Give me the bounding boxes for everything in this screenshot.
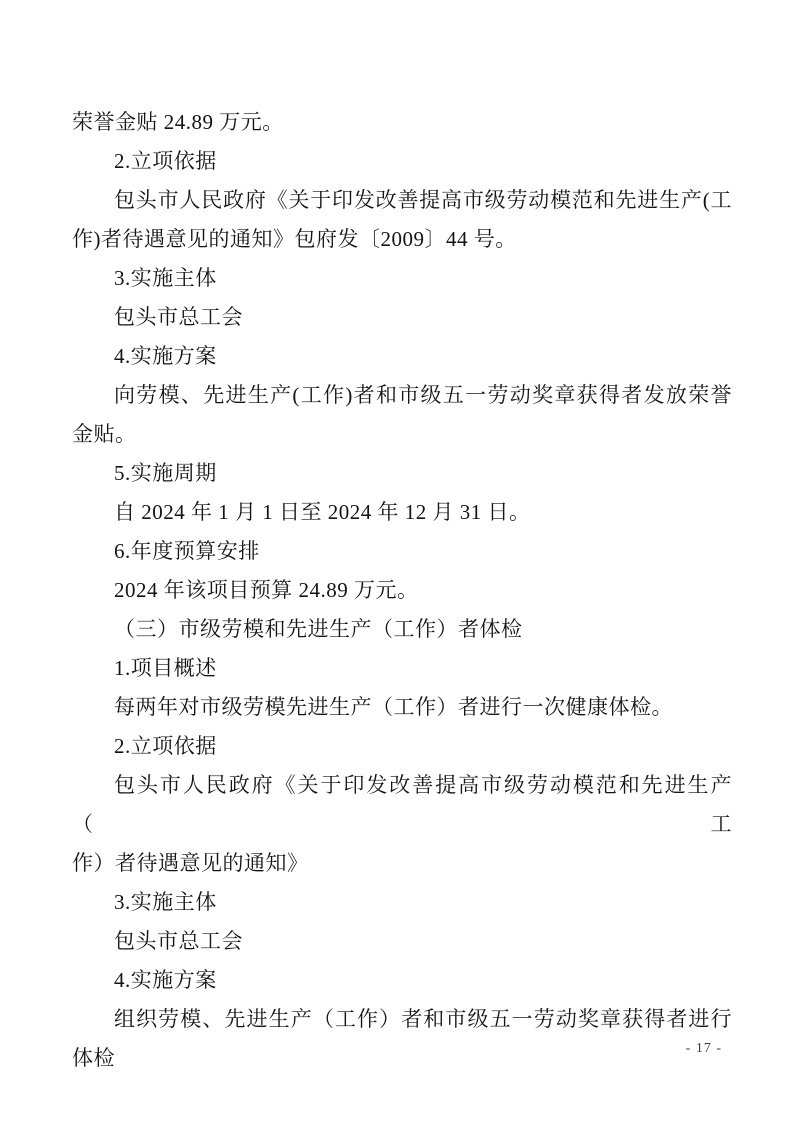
page-number: - 17 -: [686, 1041, 722, 1057]
text-line: 包头市人民政府《关于印发改善提高市级劳动模范和先进生产（工: [72, 766, 732, 844]
text-line: 金贴。: [72, 415, 732, 454]
text-line: 3.实施主体: [72, 883, 732, 922]
text-line: 4.实施方案: [72, 337, 732, 376]
text-line: 3.实施主体: [72, 259, 732, 298]
text-line: 1.项目概述: [72, 649, 732, 688]
text-line: 6.年度预算安排: [72, 532, 732, 571]
text-line: 包头市总工会: [72, 298, 732, 337]
text-line: 作)者待遇意见的通知》包府发〔2009〕44 号。: [72, 220, 732, 259]
text-line: 5.实施周期: [72, 454, 732, 493]
text-line: 包头市总工会: [72, 922, 732, 961]
text-line: 2.立项依据: [72, 727, 732, 766]
text-line: 作）者待遇意见的通知》: [72, 844, 732, 883]
text-line: 每两年对市级劳模先进生产（工作）者进行一次健康体检。: [72, 688, 732, 727]
text-line: 体检: [72, 1039, 732, 1078]
document-page: 荣誉金贴 24.89 万元。2.立项依据包头市人民政府《关于印发改善提高市级劳动…: [0, 0, 794, 1123]
text-line: 向劳模、先进生产(工作)者和市级五一劳动奖章获得者发放荣誉: [72, 376, 732, 415]
text-line: 4.实施方案: [72, 961, 732, 1000]
text-line: 2.立项依据: [72, 142, 732, 181]
text-line: 自 2024 年 1 月 1 日至 2024 年 12 月 31 日。: [72, 493, 732, 532]
text-line: 荣誉金贴 24.89 万元。: [72, 103, 732, 142]
document-body: 荣誉金贴 24.89 万元。2.立项依据包头市人民政府《关于印发改善提高市级劳动…: [72, 103, 732, 1078]
text-line: 2024 年该项目预算 24.89 万元。: [72, 571, 732, 610]
text-line: 包头市人民政府《关于印发改善提高市级劳动模范和先进生产(工: [72, 181, 732, 220]
text-line: 组织劳模、先进生产（工作）者和市级五一劳动奖章获得者进行: [72, 1000, 732, 1039]
text-line: （三）市级劳模和先进生产（工作）者体检: [72, 610, 732, 649]
